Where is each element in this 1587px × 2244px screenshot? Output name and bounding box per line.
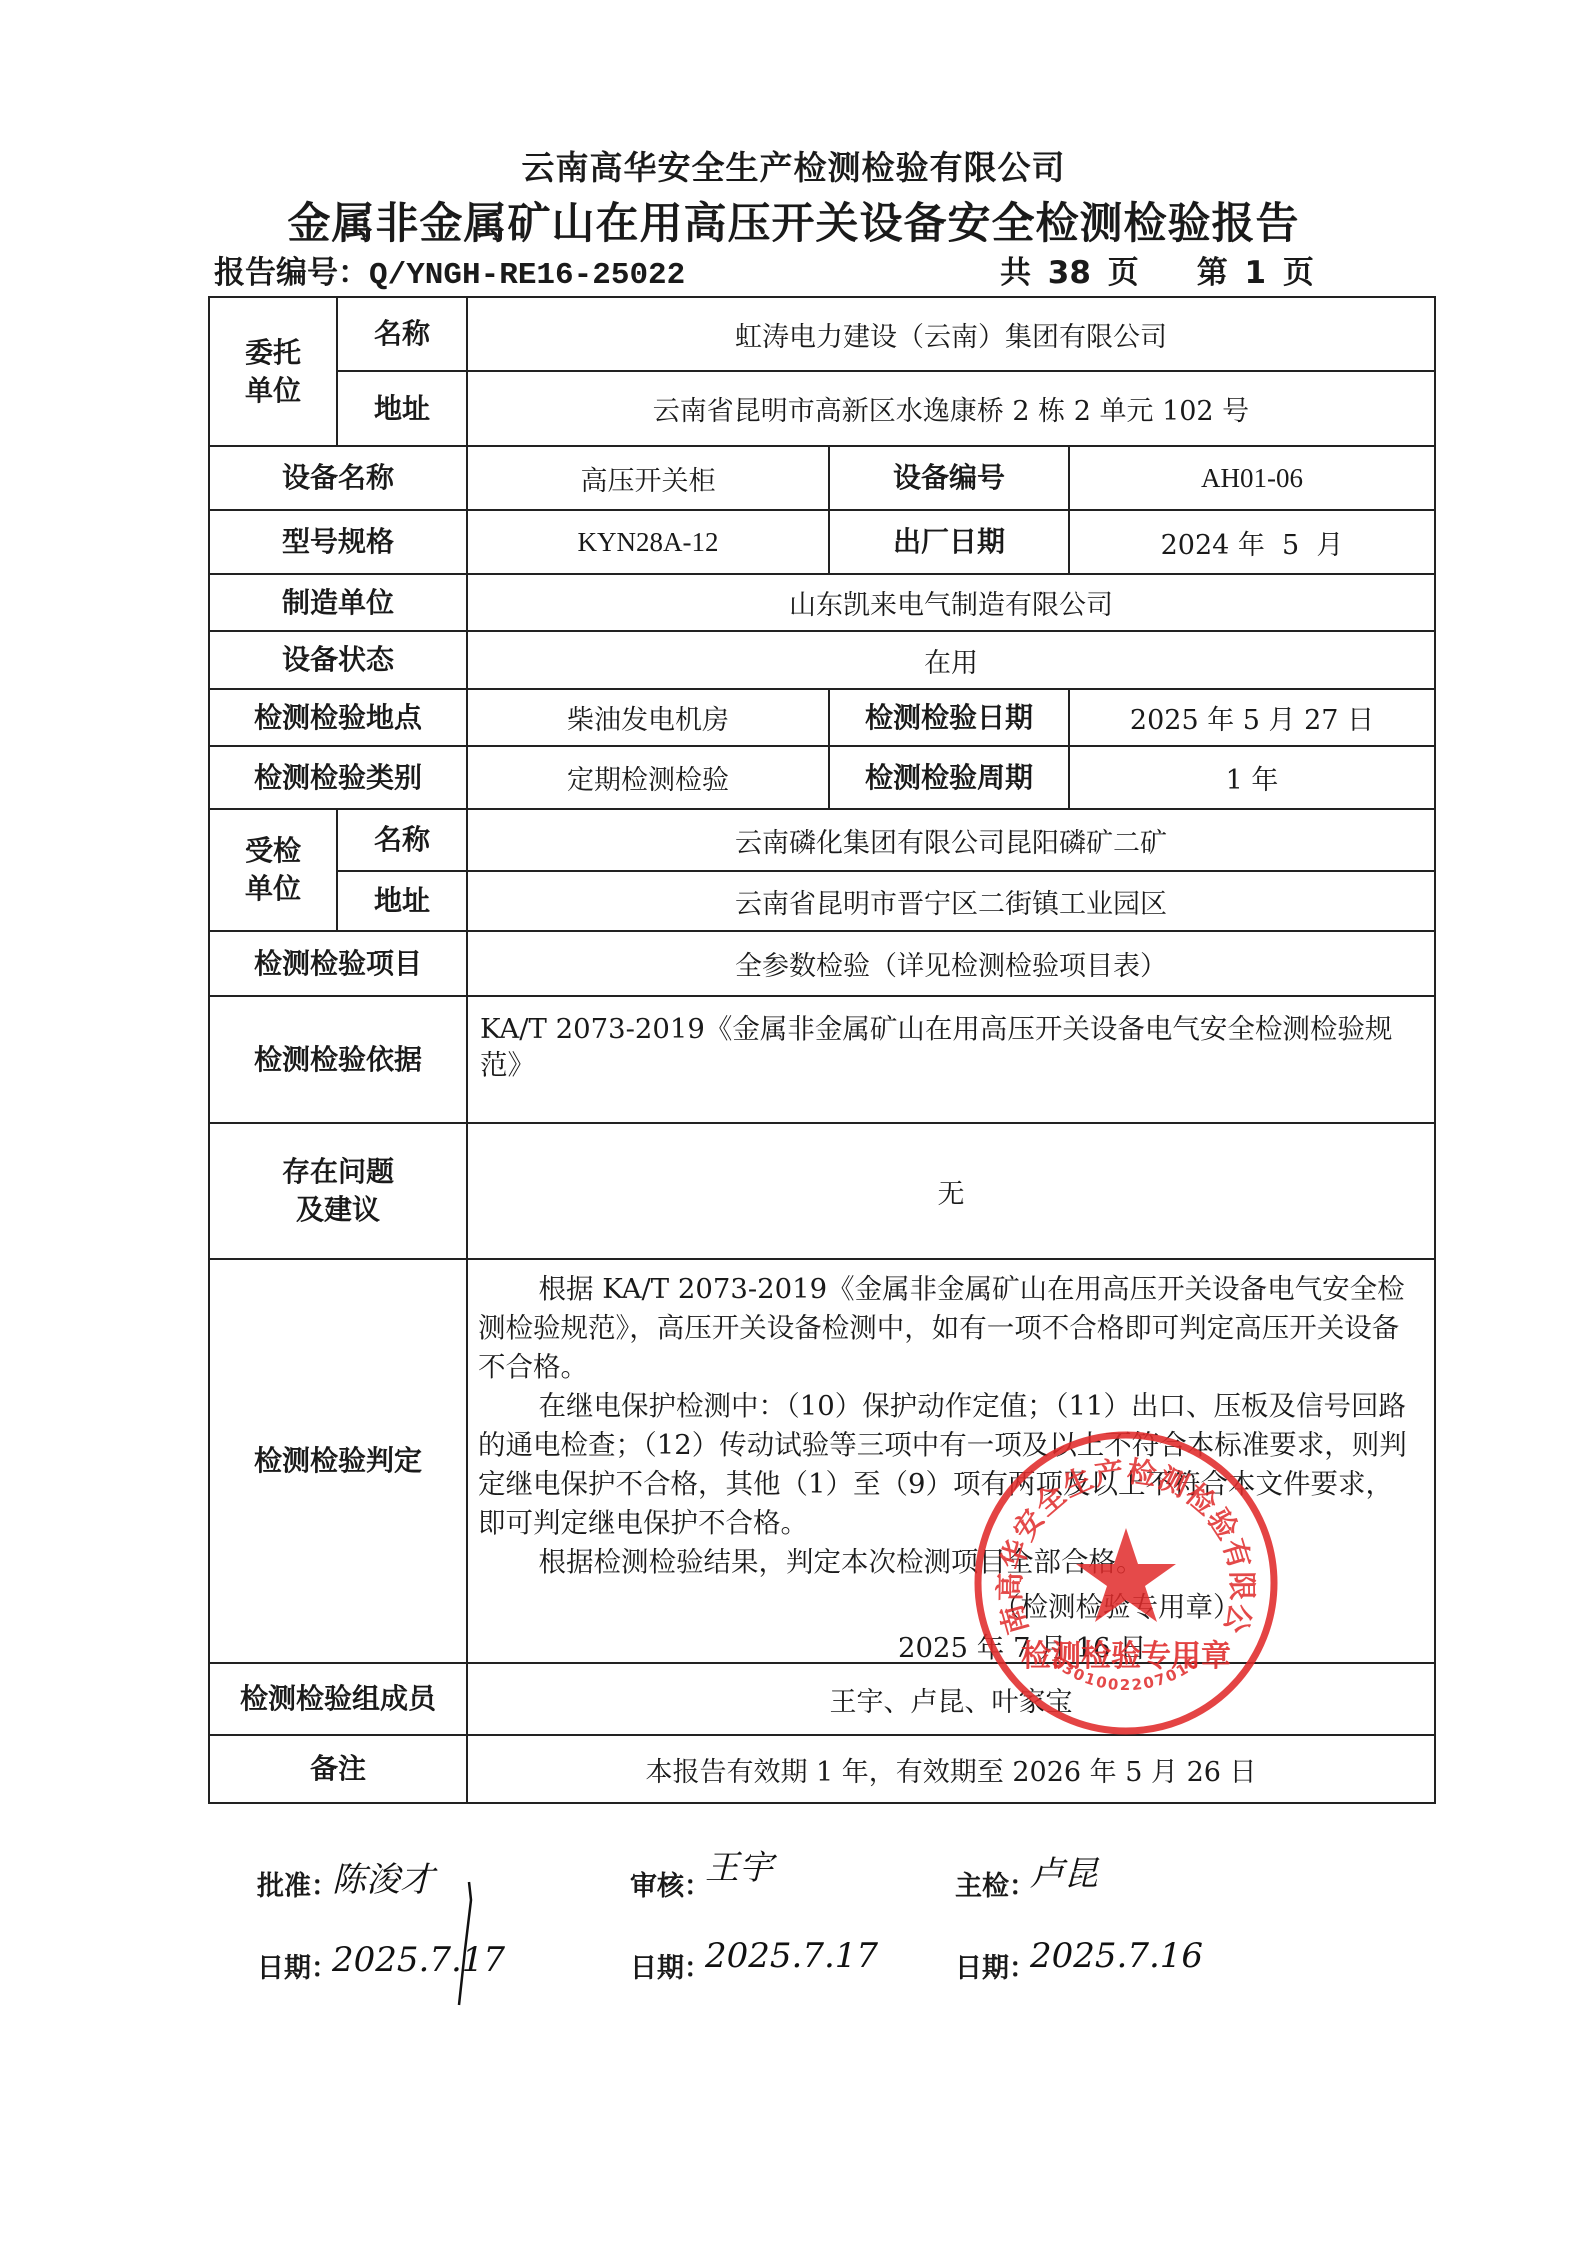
equipment-id: AH01-06 <box>1068 445 1436 511</box>
client-address-label: 地址 <box>336 370 468 447</box>
items-value: 全参数检验（详见检测检验项目表） <box>466 930 1436 997</box>
report-number: Q/YNGH-RE16-25022 <box>369 258 685 293</box>
remarks-value: 本报告有效期 1 年，有效期至 2026 年 5 月 26 日 <box>466 1734 1436 1804</box>
model-value: KYN28A-12 <box>466 509 830 575</box>
total-pages: 共 38 页 <box>1000 247 1139 292</box>
inspected-name-label: 名称 <box>336 808 468 872</box>
report-number-line: 报告编号：Q/YNGH-RE16-25022 <box>214 247 685 293</box>
inspected-group-label: 受检单位 <box>208 808 338 932</box>
cycle-label: 检测检验周期 <box>828 745 1070 810</box>
location-label: 检测检验地点 <box>208 688 468 747</box>
basis-value: KA/T 2073-2019《金属非金属矿山在用高压开关设备电气安全检测检验规范… <box>466 995 1436 1124</box>
approve-date: 2025.7.17 <box>332 1940 505 1980</box>
official-seal-stamp: 云南高华安全生产检测检验有限公司 检测检验专用章 5301002207016 <box>973 1430 1279 1736</box>
client-name-label: 名称 <box>336 296 468 372</box>
category-label: 检测检验类别 <box>208 745 468 810</box>
basis-label: 检测检验依据 <box>208 995 468 1124</box>
inspection-date-label: 检测检验日期 <box>828 688 1070 747</box>
chief-date-label: 日期： <box>955 1946 1036 1985</box>
page-indicator: 共 38 页第 1 页 <box>1000 247 1314 292</box>
client-name: 虹涛电力建设（云南）集团有限公司 <box>466 296 1436 372</box>
current-page: 第 1 页 <box>1197 247 1314 292</box>
review-label: 审核： <box>630 1864 711 1903</box>
status-label: 设备状态 <box>208 630 468 690</box>
manufacturer: 山东凯来电气制造有限公司 <box>466 573 1436 632</box>
model-label: 型号规格 <box>208 509 468 575</box>
client-address: 云南省昆明市高新区水逸康桥 2 栋 2 单元 102 号 <box>466 370 1436 447</box>
problems-value: 无 <box>466 1122 1436 1260</box>
review-date: 2025.7.17 <box>705 1936 878 1976</box>
inspection-category: 定期检测检验 <box>466 745 830 810</box>
approve-signature: 陈浚才 <box>332 1852 434 1901</box>
mfg-date-label: 出厂日期 <box>828 509 1070 575</box>
judgement-paragraph: 根据 KA/T 2073-2019《金属非金属矿山在用高压开关设备电气安全检测检… <box>478 1270 1418 1387</box>
client-group-label: 委托单位 <box>208 296 338 447</box>
equipment-status: 在用 <box>466 630 1436 690</box>
company-name: 云南高华安全生产检测检验有限公司 <box>0 142 1587 189</box>
remarks-label: 备注 <box>208 1734 468 1804</box>
manufacturer-label: 制造单位 <box>208 573 468 632</box>
inspected-address: 云南省昆明市晋宁区二街镇工业园区 <box>466 870 1436 932</box>
chief-date: 2025.7.16 <box>1030 1936 1203 1976</box>
equipment-name: 高压开关柜 <box>466 445 830 511</box>
signature-stroke-icon <box>455 1880 475 2010</box>
inspection-cycle: 1 年 <box>1068 745 1436 810</box>
judgement-label: 检测检验判定 <box>208 1258 468 1664</box>
chief-inspector-label: 主检： <box>955 1864 1036 1903</box>
problems-label: 存在问题及建议 <box>208 1122 468 1260</box>
review-signature: 王宇 <box>705 1840 773 1889</box>
approve-date-label: 日期： <box>257 1946 338 1985</box>
seal-icon: 云南高华安全生产检测检验有限公司 检测检验专用章 5301002207016 <box>973 1430 1279 1736</box>
report-title: 金属非金属矿山在用高压开关设备安全检测检验报告 <box>0 190 1587 251</box>
inspection-date: 2025 年 5 月 27 日 <box>1068 688 1436 747</box>
equipment-name-label: 设备名称 <box>208 445 468 511</box>
members-value: 王宇、卢昆、叶家宝 <box>466 1662 1436 1736</box>
inspection-location: 柴油发电机房 <box>466 688 830 747</box>
items-label: 检测检验项目 <box>208 930 468 997</box>
inspected-address-label: 地址 <box>336 870 468 932</box>
equipment-id-label: 设备编号 <box>828 445 1070 511</box>
inspected-name: 云南磷化集团有限公司昆阳磷矿二矿 <box>466 808 1436 872</box>
chief-inspector-signature: 卢昆 <box>1030 1846 1098 1895</box>
report-number-label: 报告编号： <box>214 255 369 291</box>
mfg-date: 2024 年 5 月 <box>1068 509 1436 575</box>
judgement-content: 根据 KA/T 2073-2019《金属非金属矿山在用高压开关设备电气安全检测检… <box>466 1258 1436 1664</box>
members-label: 检测检验组成员 <box>208 1662 468 1736</box>
approve-label: 批准： <box>257 1864 338 1903</box>
review-date-label: 日期： <box>630 1946 711 1985</box>
